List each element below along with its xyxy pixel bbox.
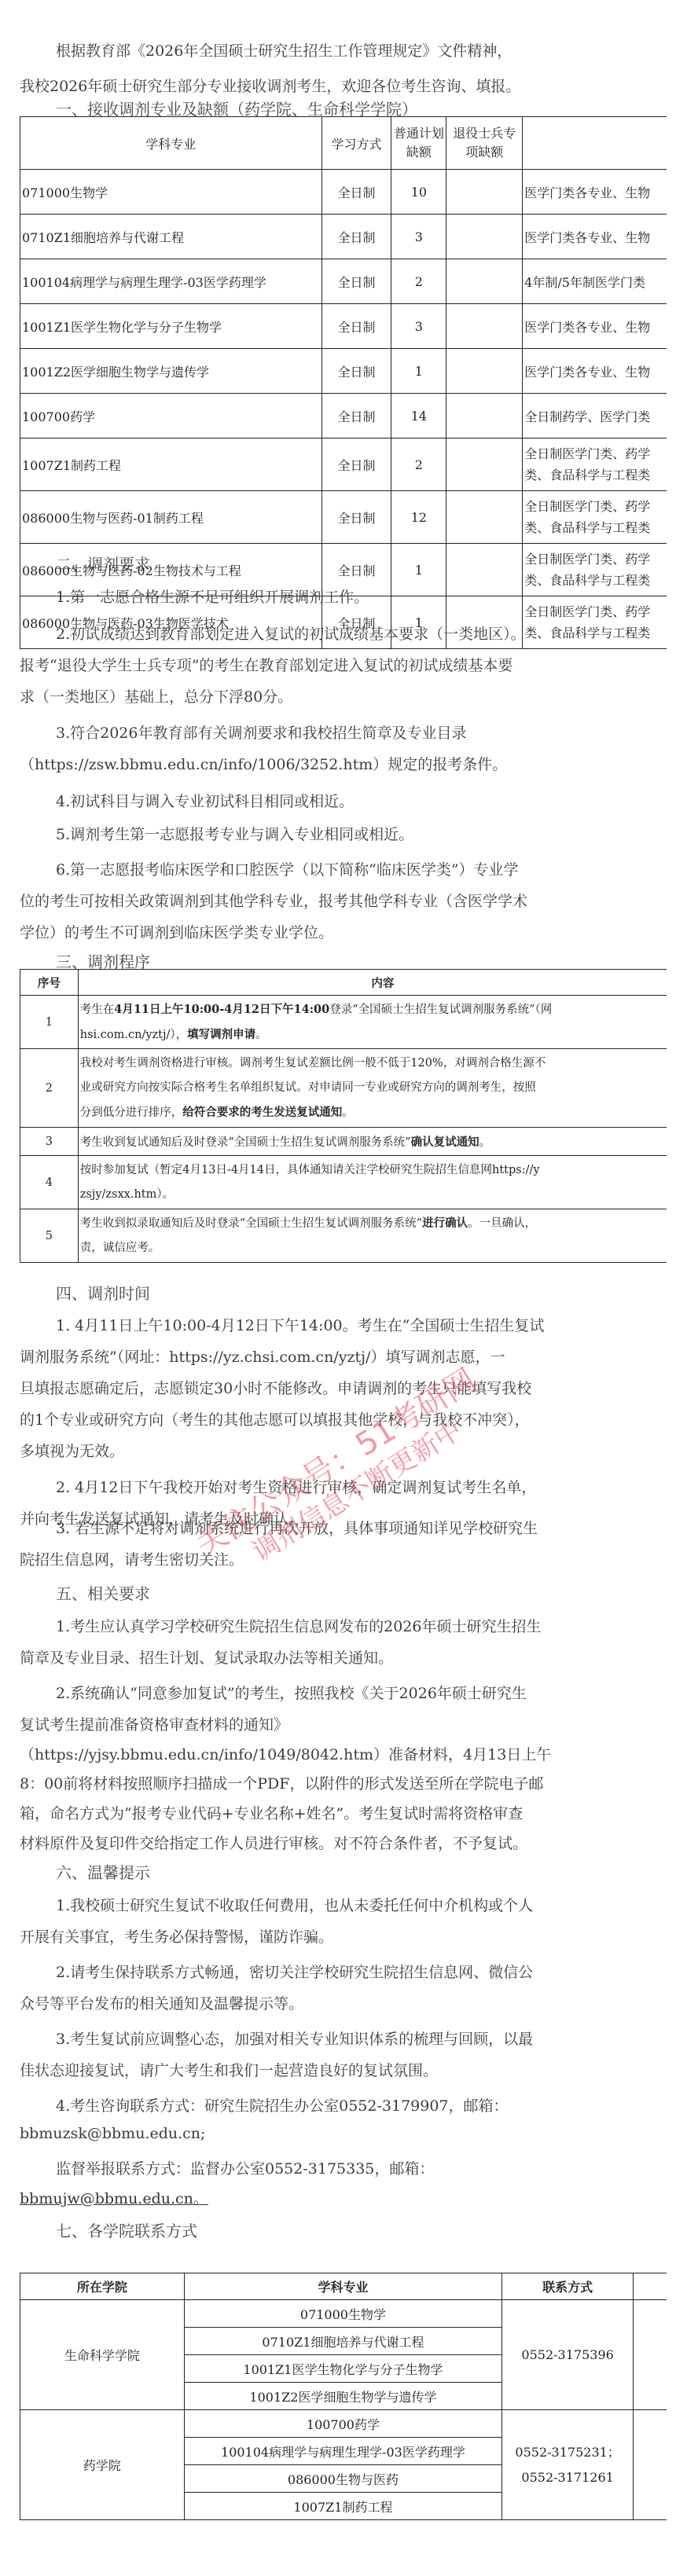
tip-1: 1.我校硕士研究生复试不收取任何费用，也从未委托任何中介机构或个人 (20, 1894, 667, 1917)
table-row: 1001Z1医学生物化学与分子生物学全日制3医学门类各专业、生物 (20, 304, 667, 349)
timeline-1: 1. 4月11日上午10:00-4月12日下午14:00。考生在“全国硕士生招生… (20, 1314, 667, 1338)
table-row: 071000生物学全日制10医学门类各专业、生物 (20, 170, 667, 215)
header-veteran: 退役士兵专项缺额 (446, 117, 523, 170)
related-req-1: 1.考生应认真学习学校研究生院招生信息网发布的2026年硕士研究生招生 (20, 1615, 667, 1638)
tip-2: 2.请考生保持联系方式畅通，密切关注学校研究生院招生信息网、微信公 (20, 1961, 667, 1984)
requirement-4: 4.初试科目与调入专业初试科目相同或相近。 (20, 790, 667, 813)
section-5-title: 五、相关要求 (56, 1581, 150, 1604)
timeline-3: 3. 若生源不足将对调剂系统进行再次开放，具体事项通知详见学校研究生 (20, 1517, 667, 1540)
intro-line-2: 我校2026年硕士研究生部分专业接收调剂考生，欢迎各位考生咨询、填报。 (20, 75, 648, 98)
related-req-2: 2.系统确认“同意参加复试”的考生，按照我校《关于2026年硕士研究生 (20, 1682, 667, 1705)
section-4-title: 四、调剂时间 (56, 1281, 150, 1304)
section-2-title: 二、调剂要求 (56, 552, 150, 574)
requirement-6: 6.第一志愿报考临床医学和口腔医学（以下简称“临床医学类”）专业学 (20, 858, 667, 882)
timeline-2: 2. 4月12日下午我校开始对考生资格进行审核，确定调剂复试考生名单， (20, 1476, 667, 1499)
vacancy-table-header: 学科专业 学习方式 普通计划缺额 退役士兵专项缺额 (20, 117, 667, 170)
table-row: 1 考生在4月11日上午10:00-4月12日下午14:00登录“全国硕士生招生… (20, 996, 667, 1049)
requirement-5: 5.调剂考生第一志愿报考专业与调入专业相同或相近。 (20, 823, 667, 846)
table-row: 3 考生收到复试通知后及时登录“全国硕士生招生复试调剂服务系统”确认复试通知。 (20, 1128, 667, 1156)
table-row: 5 考生收到拟录取通知后及时登录“全国硕士生招生复试调剂服务系统”进行确认。一旦… (20, 1209, 667, 1263)
tip-4: 4.考生咨询联系方式：研究生院招生办公室0552-3179907，邮箱： (20, 2094, 667, 2118)
college-contact-table: 所在学院 学科专业 联系方式 生命科学学院 071000生物学 0552-317… (20, 2273, 667, 2520)
table-row: 1001Z2医学细胞生物学与遗传学全日制1医学门类各专业、生物 (20, 349, 667, 394)
table-row: 2 我校对考生调剂资格进行审核。调剂考生复试差额比例一般不低于120%，对调剂合… (20, 1049, 667, 1128)
header-mode: 学习方式 (321, 117, 391, 170)
section-6-title: 六、温馨提示 (56, 1860, 150, 1883)
requirement-2: 2.初试成绩达到教育部划定进入复试的初试成绩基本要求（一类地区）。 (20, 622, 667, 646)
table-row: 086000生物与医药-01制药工程全日制12全日制医学门类、药学类、食品科学与… (20, 491, 667, 544)
tip-3: 3.考生复试前应调整心态，加强对相关专业知识体系的梳理与回顾，以最 (20, 2027, 667, 2051)
table-row: 药学院 100700药学 0552-3175231；0552-3171261 (20, 2410, 667, 2438)
table-row: 100104病理学与病理生理学-03医学药理学全日制24年制/5年制医学门类 (20, 259, 667, 304)
table-row: 4 按时参加复试（暂定4月13日-4月14日，具体通知请关注学校研究生院招生信息… (20, 1156, 667, 1209)
table-row: 1007Z1制药工程全日制2全日制医学门类、药学类、食品科学与工程类 (20, 439, 667, 491)
header-requirements (523, 117, 667, 170)
college-phone: 0552-3175231；0552-3171261 (502, 2410, 634, 2520)
supervision-contact: 监督举报联系方式：监督办公室0552-3175335，邮箱： (20, 2157, 667, 2181)
college-phone: 0552-3175396 (502, 2300, 634, 2410)
supervision-email-link[interactable]: bbmujw@bbmu.edu.cn。 (20, 2190, 208, 2207)
header-major: 学科专业 (20, 117, 322, 170)
procedure-table-header: 序号 内容 (20, 970, 667, 996)
college-table-header: 所在学院 学科专业 联系方式 (20, 2273, 667, 2300)
procedure-table: 序号 内容 1 考生在4月11日上午10:00-4月12日下午14:00登录“全… (20, 969, 667, 1263)
document-page: 根据教育部《2026年全国硕士研究生招生工作管理规定》文件精神， 我校2026年… (0, 0, 667, 2576)
intro-line-1: 根据教育部《2026年全国硕士研究生招生工作管理规定》文件精神， (20, 39, 667, 63)
table-row: 0710Z1细胞培养与代谢工程全日制3医学门类各专业、生物 (20, 215, 667, 259)
header-quota: 普通计划缺额 (391, 117, 446, 170)
table-row: 生命科学学院 071000生物学 0552-3175396 (20, 2300, 667, 2328)
admissions-email[interactable]: bbmuzsk@bbmu.edu.cn; (20, 2122, 648, 2145)
table-row: 100700药学全日制14全日制药学、医学门类 (20, 394, 667, 439)
requirement-1: 1.第一志愿合格生源不足可组织开展调剂工作。 (20, 585, 667, 609)
college-name: 药学院 (20, 2410, 185, 2520)
section-7-title: 七、各学院联系方式 (56, 2218, 197, 2241)
college-name: 生命科学学院 (20, 2300, 185, 2410)
requirement-3: 3.符合2026年教育部有关调剂要求和我校招生简章及专业目录 (20, 721, 667, 745)
